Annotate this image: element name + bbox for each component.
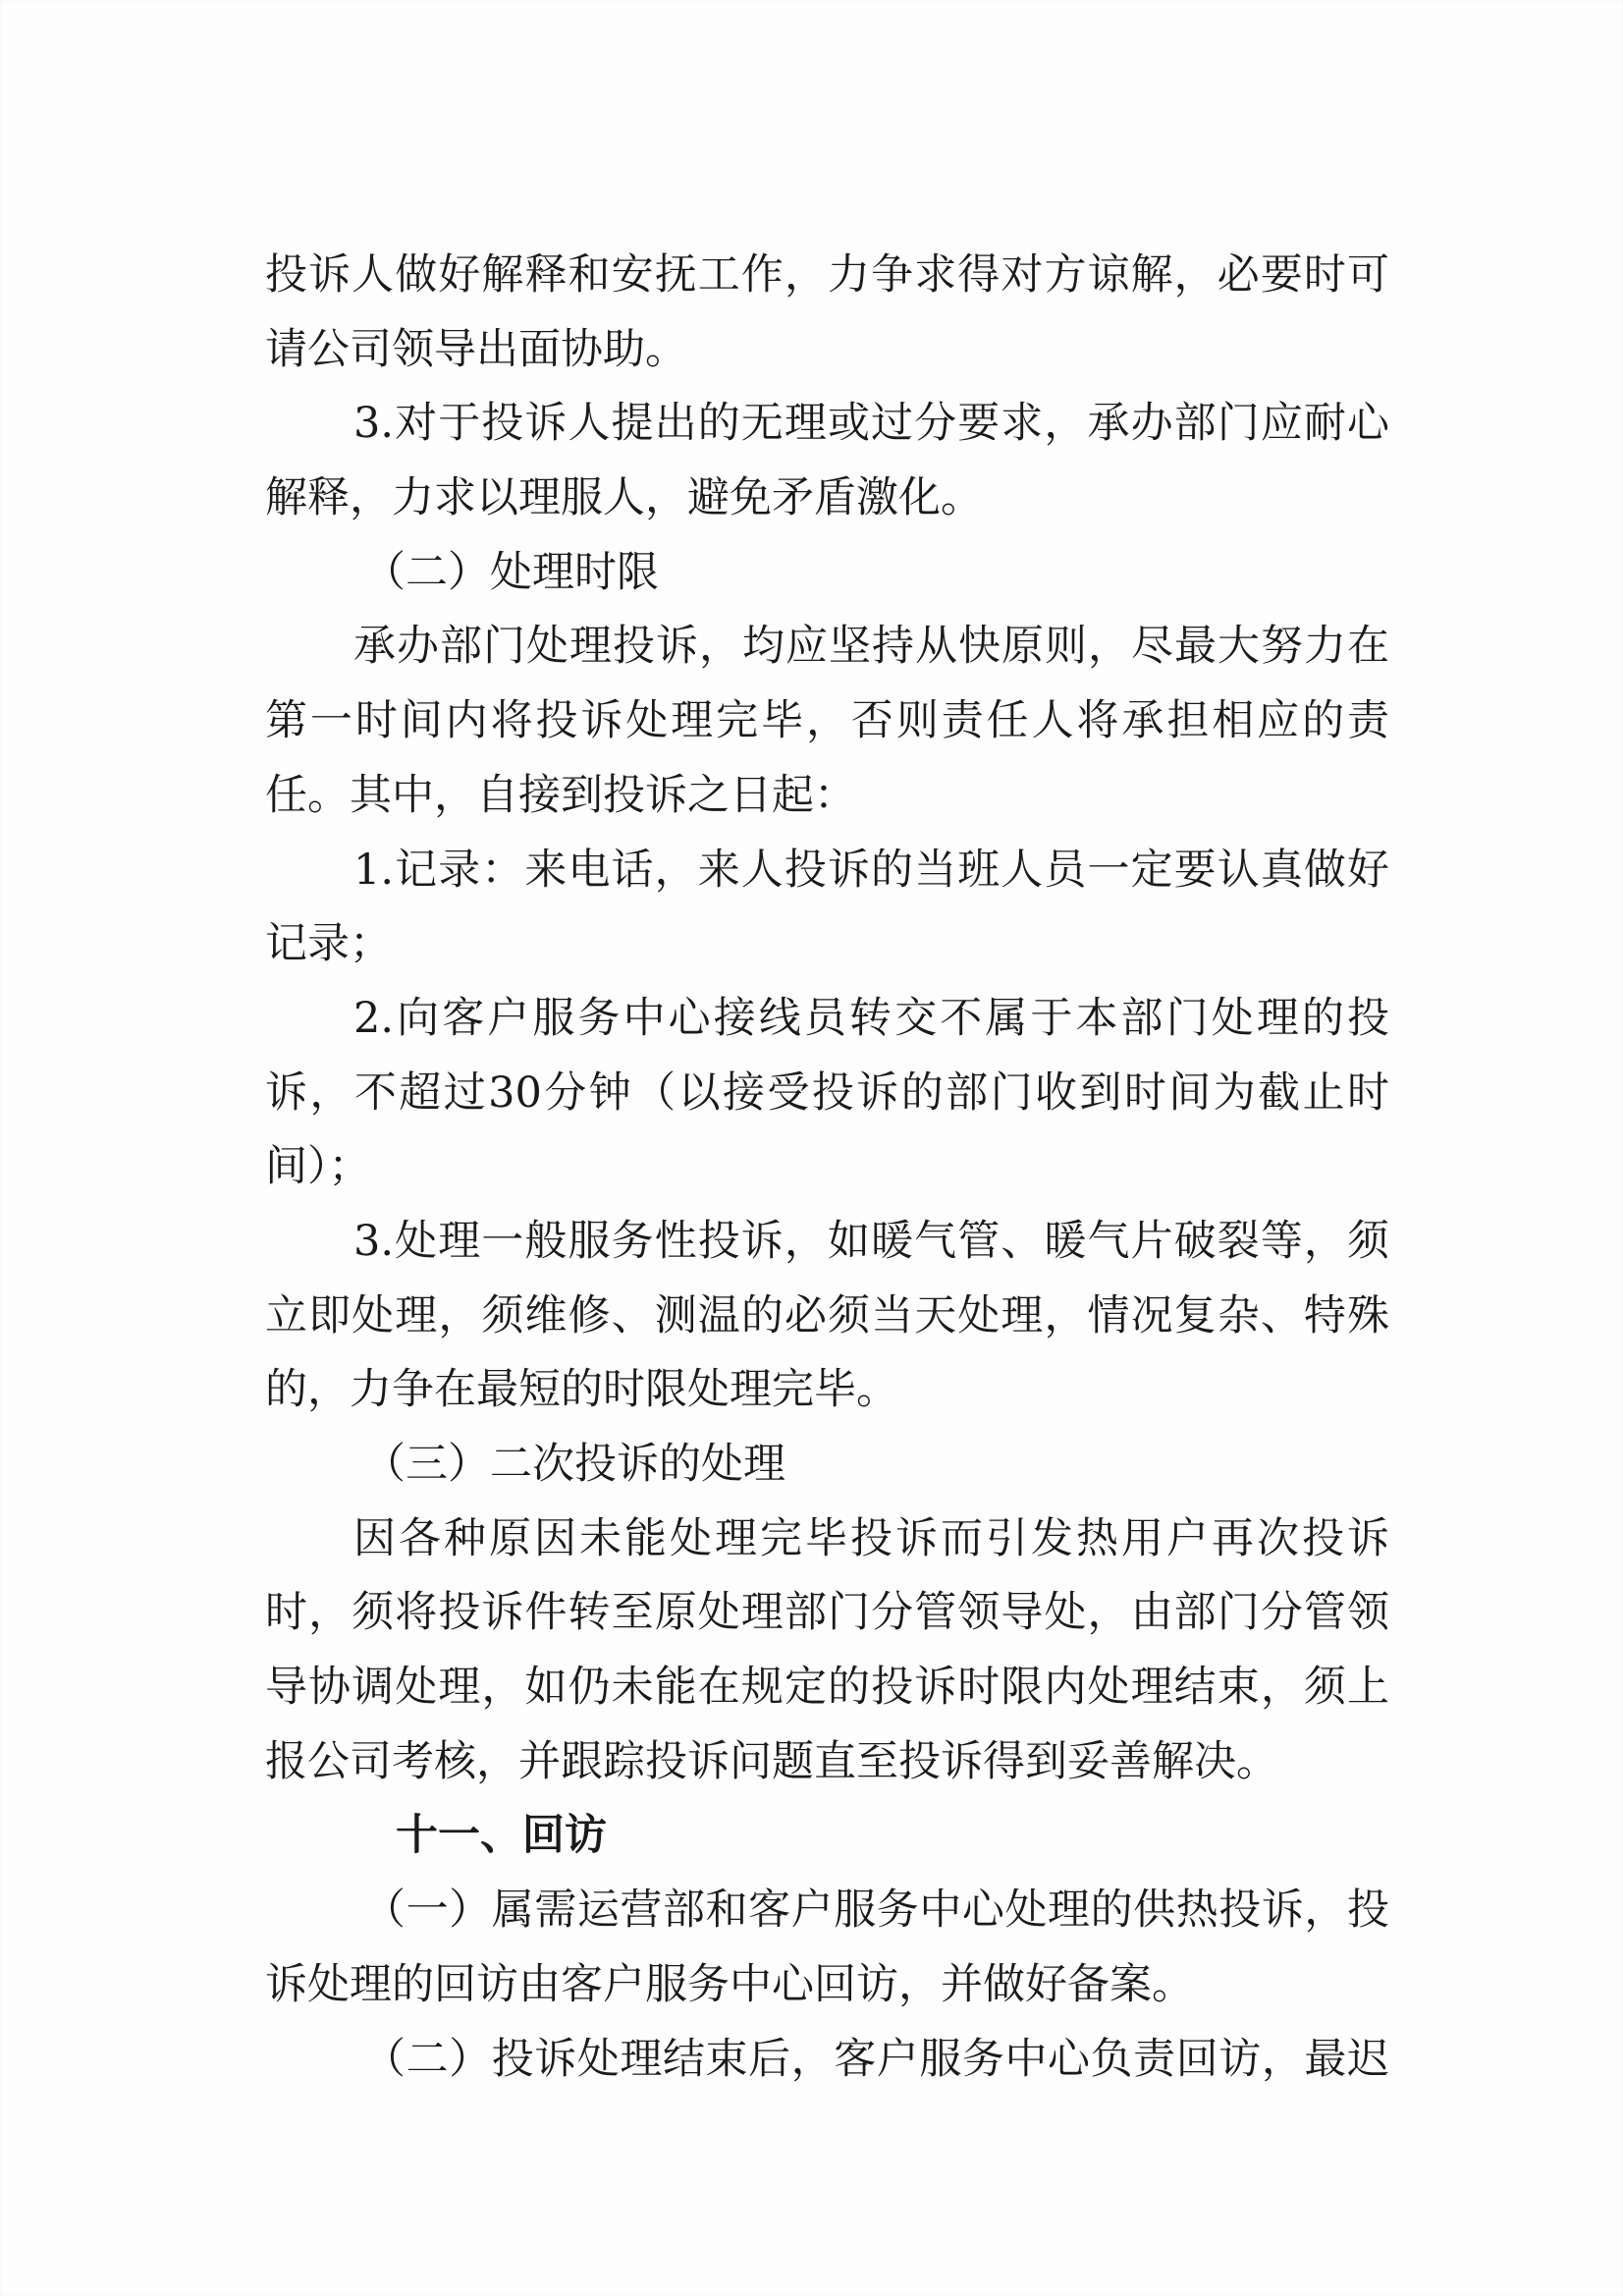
paragraph-line: 因各种原因未能处理完毕投诉而引发热用户再次投诉 (265, 1503, 1389, 1577)
paragraph-line: 报公司考核，并跟踪投诉问题直至投诉得到妥善解决。 (265, 1725, 1389, 1800)
paragraph-line: 2.向客户服务中心接线员转交不属于本部门处理的投 (265, 982, 1389, 1057)
paragraph-line: 解释，力求以理服人，避免矛盾激化。 (265, 462, 1389, 536)
section-subheading: （二）处理时限 (265, 536, 1389, 611)
paragraph-line: 间）； (265, 1130, 1389, 1205)
paragraph-line: 承办部门处理投诉，均应坚持从快原则，尽最大努力在 (265, 610, 1389, 684)
paragraph-line: 的，力争在最短的时限处理完毕。 (265, 1353, 1389, 1428)
paragraph-line: 投诉人做好解释和安抚工作，力争求得对方谅解，必要时可 (265, 239, 1389, 313)
paragraph-line: 1.记录：来电话，来人投诉的当班人员一定要认真做好 (265, 834, 1389, 908)
paragraph-line: 诉，不超过30分钟（以接受投诉的部门收到时间为截止时 (265, 1057, 1389, 1131)
paragraph-line: （一）属需运营部和客户服务中心处理的供热投诉，投 (265, 1874, 1389, 1948)
document-page: 投诉人做好解释和安抚工作，力争求得对方谅解，必要时可 请公司领导出面协助。 3.… (0, 0, 1623, 2296)
paragraph-line: （二）投诉处理结束后，客户服务中心负责回访，最迟 (265, 2023, 1389, 2098)
paragraph-line: 3.处理一般服务性投诉，如暖气管、暖气片破裂等，须 (265, 1205, 1389, 1280)
paragraph-line: 记录； (265, 907, 1389, 982)
paragraph-line: 立即处理，须维修、测温的必须当天处理，情况复杂、特殊 (265, 1280, 1389, 1354)
section-subheading: （三）二次投诉的处理 (265, 1428, 1389, 1503)
section-heading: 十一、回访 (265, 1799, 1389, 1874)
paragraph-line: 时，须将投诉件转至原处理部门分管领导处，由部门分管领 (265, 1576, 1389, 1651)
paragraph-line: 3.对于投诉人提出的无理或过分要求，承办部门应耐心 (265, 387, 1389, 462)
paragraph-line: 任。其中，自接到投诉之日起： (265, 759, 1389, 834)
paragraph-line: 诉处理的回访由客户服务中心回访，并做好备案。 (265, 1948, 1389, 2023)
body-text: 投诉人做好解释和安抚工作，力争求得对方谅解，必要时可 请公司领导出面协助。 3.… (265, 239, 1389, 2097)
paragraph-line: 第一时间内将投诉处理完毕，否则责任人将承担相应的责 (265, 684, 1389, 759)
paragraph-line: 请公司领导出面协助。 (265, 313, 1389, 388)
paragraph-line: 导协调处理，如仍未能在规定的投诉时限内处理结束，须上 (265, 1651, 1389, 1725)
